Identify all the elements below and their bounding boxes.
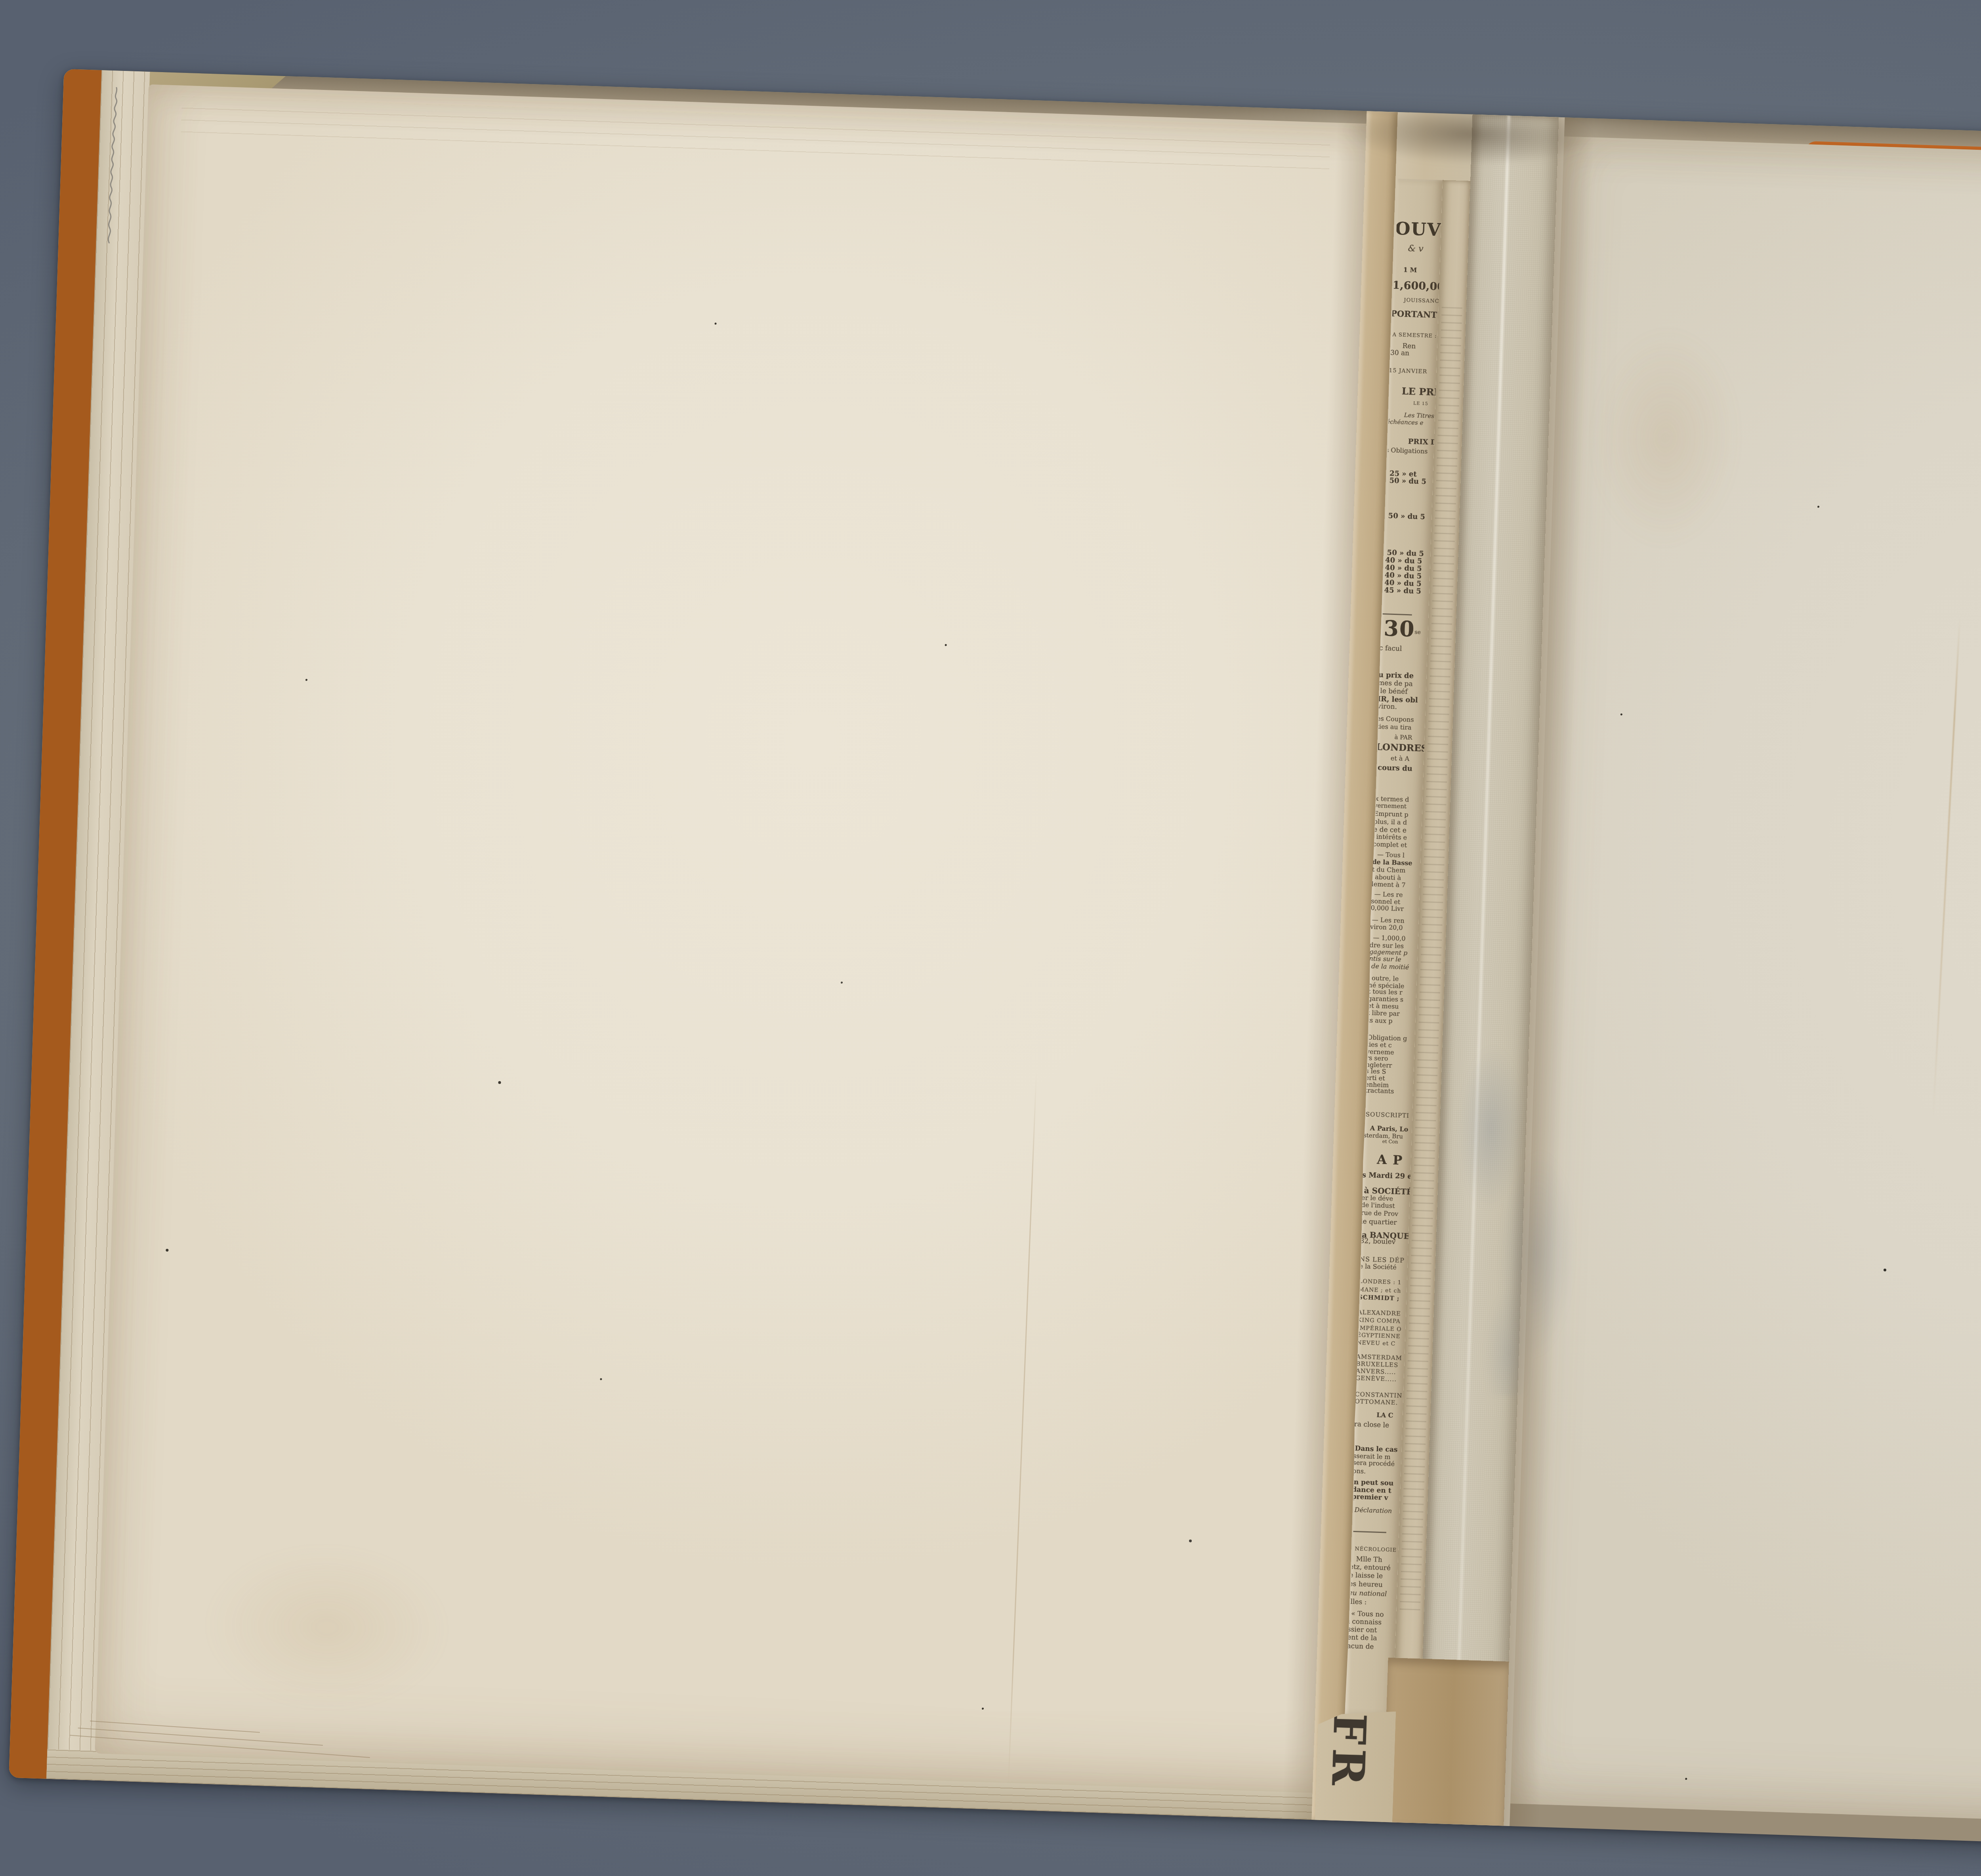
newspaper-text-fragment: GENÈVE..... (1355, 1375, 1397, 1382)
newspaper-text-fragment: SOUSCRIPTI (1366, 1111, 1410, 1119)
newspaper-text-fragment: ties au tira (1376, 723, 1411, 731)
newspaper-text-fragment: de la Basse (1372, 859, 1412, 866)
newspaper-masthead-letters: FR (1319, 1712, 1376, 1823)
newspaper-text-fragment: es Coupons (1377, 716, 1414, 723)
newspaper-text-fragment: 15 JANVIER (1389, 368, 1427, 374)
album-photograph: OUVE& v1 M1,600,00JOUISSANCPORTANT 5A SE… (0, 0, 1981, 1876)
newspaper-text-fragment: IMPÉRIALE O (1357, 1325, 1402, 1332)
newspaper-text-fragment: i connaiss (1347, 1618, 1382, 1626)
newspaper-text-fragment: — Tous l (1377, 851, 1405, 859)
newspaper-text-fragment: e la Société (1359, 1263, 1397, 1271)
newspaper-text-fragment: Les Titres (1404, 412, 1434, 419)
newspaper-text-fragment: et Con (1382, 1139, 1398, 1144)
newspaper-text-fragment: rue de Prov (1361, 1210, 1399, 1217)
newspaper-text-fragment: 32, boulev (1360, 1238, 1395, 1246)
newspaper-text-fragment: LE 15 (1413, 401, 1428, 406)
left-blank-page (95, 84, 1394, 1794)
newspaper-text-fragment: ons. (1353, 1468, 1366, 1475)
newspaper-text-fragment: MANE ; et ch (1358, 1287, 1401, 1294)
newspaper-text-fragment: sera procédé (1353, 1460, 1395, 1467)
newspaper-text-fragment: A SEMESTRE : (1392, 332, 1437, 339)
newspaper-text-fragment: LA C (1376, 1412, 1393, 1419)
newspaper-text-fragment: A Paris, Lo (1370, 1125, 1408, 1133)
newspaper-text-fragment: intérêts e (1376, 834, 1407, 841)
newspaper-text-fragment: LONDRES : 1 (1359, 1279, 1402, 1285)
newspaper-text-fragment: premier v (1352, 1494, 1388, 1502)
newspaper-text-fragment: Déclaration (1354, 1507, 1392, 1514)
newspaper-text-fragment: ssier ont (1347, 1626, 1377, 1634)
newspaper-text-fragment: OUVE (1395, 220, 1443, 240)
newspaper-text-fragment: s Obligations (1386, 447, 1428, 454)
newspaper-text-fragment: 1 M (1403, 267, 1417, 273)
dust-specks (64, 69, 65, 70)
newspaper-text-fragment (1352, 1531, 1386, 1533)
newspaper-text-fragment: le bénéf (1380, 688, 1408, 695)
newspaper-text-fragment: mes de pa (1378, 680, 1413, 688)
newspaper-text-fragment: ÉGYPTIENNE (1357, 1332, 1401, 1340)
newspaper-text-fragment: JOUISSANC (1404, 298, 1439, 304)
newspaper-text-fragment: 50 » du 5 (1389, 477, 1426, 485)
newspaper-text-fragment: — 1,000,0 (1373, 935, 1406, 942)
newspaper-text-fragment: etz, entouré (1349, 1564, 1391, 1572)
pencil-inscription (95, 76, 129, 251)
newspaper-text-fragment: OTTOMANE. (1355, 1399, 1398, 1406)
newspaper-text-fragment: se (1414, 630, 1421, 635)
newspaper-text-fragment: NEVEU et C (1357, 1340, 1396, 1347)
newspaper-text-fragment: Mlle Th (1356, 1556, 1382, 1563)
gutter-foot-glue-area (1383, 1658, 1509, 1826)
newspaper-text-fragment: à PAR (1395, 734, 1412, 740)
open-album: OUVE& v1 M1,600,00JOUISSANCPORTANT 5A SE… (9, 69, 1981, 1866)
newspaper-text-fragment: 0,000 Livr (1371, 905, 1404, 912)
newspaper-text-fragment: A P (1377, 1153, 1403, 1166)
newspaper-masthead-fragment: FR (1315, 1709, 1396, 1822)
newspaper-text-fragment: eu national (1349, 1590, 1387, 1598)
newspaper-text-fragment: u prix de (1378, 672, 1414, 680)
newspaper-text-fragment: 1,600,00 (1392, 280, 1443, 292)
newspaper-text-fragment: viron. (1377, 703, 1397, 711)
newspaper-text-fragment: ra close le (1354, 1421, 1389, 1429)
newspaper-text-fragment: de l'indust (1361, 1202, 1395, 1209)
newspaper-text-fragment: complet et (1373, 841, 1407, 849)
newspaper-text-fragment: LONDRES, (1376, 742, 1431, 753)
newspaper-text-fragment: c facul (1379, 645, 1402, 653)
newspaper-text-fragment: 50 » du 5 (1388, 512, 1425, 521)
newspaper-text-fragment: & v (1408, 244, 1424, 254)
newspaper-text-fragment: ts aux p (1367, 1017, 1392, 1024)
newspaper-text-fragment: ent de la (1347, 1634, 1377, 1642)
newspaper-text-fragment: le quartier (1361, 1218, 1397, 1226)
newspaper-text-fragment: échéances e (1386, 419, 1423, 426)
newspaper-text-fragment: ntis sur le (1369, 955, 1401, 963)
newspaper-text-fragment: NÉCROLOGIE (1355, 1546, 1397, 1553)
newspaper-text-fragment: KING COMPA (1357, 1317, 1401, 1324)
newspaper-text-fragment: t libre par (1367, 1010, 1400, 1017)
newspaper-text-fragment: e laisse le (1349, 1572, 1383, 1580)
newspaper-text-fragment: acun de (1347, 1643, 1374, 1651)
newspaper-text-fragment: cours du (1378, 764, 1412, 773)
newspaper-text-fragment: s Mardi 29 et (1362, 1172, 1416, 1180)
newspaper-text-fragment: es heureu (1349, 1581, 1383, 1589)
newspaper-text-fragment: SCHMIDT ; (1358, 1294, 1400, 1302)
newspaper-text-fragment: tractants (1365, 1087, 1394, 1094)
newspaper-text-fragment: PRIX D (1408, 438, 1437, 446)
newspaper-text-fragment: 30 an (1390, 349, 1410, 357)
newspaper-text-fragment: ALEXANDRE (1358, 1309, 1401, 1317)
newspaper-text-fragment: 30 (1384, 617, 1416, 640)
newspaper-text-fragment: « Tous no (1351, 1611, 1384, 1618)
newspaper-text-fragment: PORTANT 5 (1391, 309, 1443, 319)
newspaper-text-fragment: 45 » du 5 (1384, 587, 1421, 595)
newspaper-text-fragment: vernement (1374, 803, 1407, 810)
newspaper-text-fragment: et à A (1391, 755, 1410, 762)
newspaper-text-fragment: illes : (1348, 1599, 1367, 1606)
newspaper-text-fragment: lement à 7 (1371, 881, 1405, 889)
newspaper-text-fragment: plus, il a d (1374, 819, 1407, 826)
newspaper-text-fragment: viron 20,0 (1370, 924, 1403, 931)
newspaper-text-fragment: de la moitié (1371, 963, 1409, 971)
newspaper-text-fragment: Emprunt p (1374, 811, 1408, 818)
newspaper-text-fragment: t du Chem (1372, 866, 1406, 874)
